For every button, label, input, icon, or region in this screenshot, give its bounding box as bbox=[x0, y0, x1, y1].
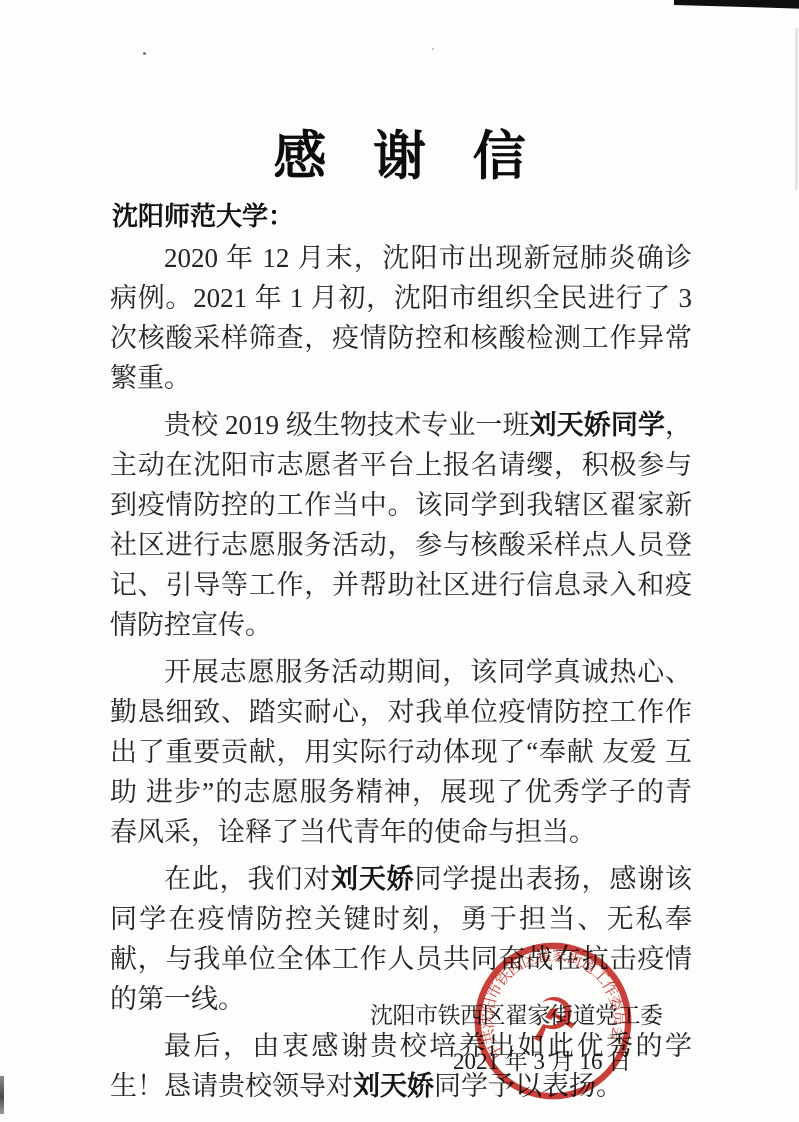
paragraph-text: ，主动在沈阳市志愿者平台上报名请缨，积极参与到疫情防控的工作当中。该同学到我辖区… bbox=[110, 410, 692, 640]
scanned-letter-page: 感谢信 沈阳师范大学： 2020 年 12 月末，沈阳市出现新冠肺炎确诊病例。2… bbox=[0, 0, 799, 1122]
scan-speck bbox=[143, 52, 146, 55]
scan-artifact-top-right bbox=[674, 0, 799, 13]
scan-artifact-bottom-left bbox=[0, 1076, 4, 1114]
body-paragraph: 贵校 2019 级生物技术专业一班刘天娇同学，主动在沈阳市志愿者平台上报名请缨，… bbox=[110, 405, 692, 645]
letter-salutation: 沈阳师范大学： bbox=[112, 196, 294, 233]
student-name: 刘天娇 bbox=[353, 1071, 434, 1101]
paragraph-text: 开展志愿服务活动期间，该同学真诚热心、勤恳细致、踏实耐心，对我单位疫情防控工作作… bbox=[110, 657, 692, 847]
official-seal-svg: 中共沈阳市铁西区翟家街道工作委员会 ☭ bbox=[459, 927, 646, 1114]
hammer-and-sickle-icon: ☭ bbox=[522, 983, 583, 1058]
scan-speck bbox=[432, 48, 434, 50]
letter-title: 感谢信 bbox=[0, 114, 799, 190]
paragraph-text: 2020 年 12 月末，沈阳市出现新冠肺炎确诊病例。2021 年 1 月初，沈… bbox=[110, 243, 692, 393]
paragraph-text: 贵校 2019 级生物技术专业一班 bbox=[164, 410, 530, 440]
student-name: 刘天娇 bbox=[331, 864, 415, 894]
body-paragraph: 2020 年 12 月末，沈阳市出现新冠肺炎确诊病例。2021 年 1 月初，沈… bbox=[110, 238, 692, 398]
body-paragraph: 开展志愿服务活动期间，该同学真诚热心、勤恳细致、踏实耐心，对我单位疫情防控工作作… bbox=[110, 652, 692, 852]
paragraph-text: 在此，我们对 bbox=[164, 864, 331, 894]
official-seal-stamp: 中共沈阳市铁西区翟家街道工作委员会 ☭ bbox=[459, 927, 646, 1114]
student-name: 刘天娇同学 bbox=[530, 410, 665, 440]
